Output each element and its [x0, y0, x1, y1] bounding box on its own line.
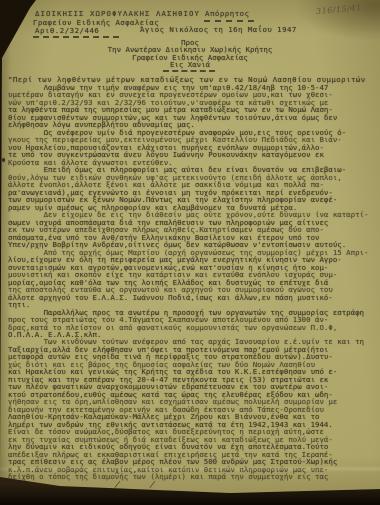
classification-label: Απόρρητος	[205, 10, 250, 18]
body-text: Λαμβάνω την τιμήν αναφέρων εις την υπ'αρ…	[8, 84, 378, 481]
body-line: δρας,κατά το πλείστον οι από φανατικούς …	[8, 324, 378, 331]
body-line: άλλοτε αρχηγού του Ε.Λ.Α.Σ. Ιωάννου Ποδι…	[8, 294, 378, 301]
body-line: άλλοτε ένοπλοι,άλλοτε ξένοι και άλλοτε μ…	[8, 181, 378, 188]
dashed-rule-under-ref	[33, 36, 119, 38]
recipient-line: Εις Χανιά	[85, 61, 295, 68]
place-and-date: Άγιος Νικόλαος τη 16η Μαΐου 1947	[140, 26, 297, 34]
org-title: ΔΙΟΙΚΗΣΙΣ ΧΩΡΟΦΥΛΑΚΗΣ ΛΑΣΗΘΙΟΥ	[35, 10, 200, 18]
body-line: μουνιστική και σκοπόν είχε την κατάρτισι…	[8, 271, 378, 278]
body-line: απέδειξαν πλήρως αι εκκαθαριστικαί επιχε…	[8, 451, 378, 458]
body-line: Των κινδύνων τούτων ανέφερον από τας αρχ…	[8, 338, 378, 345]
dashed-rule-under-classification	[204, 20, 254, 22]
paper-speck	[5, 44, 8, 47]
body-line: θίου εμφανισθέντων συμμοριτών,ως και των…	[8, 114, 378, 121]
body-line: Δεν είχομεν δε εις την διάθεσίν μας ούτε…	[8, 211, 378, 218]
paper-crease	[0, 466, 380, 472]
body-line: σπάσματα,ένα υπό τον Ανθ/στήν Ελληνικάκη…	[8, 234, 378, 241]
footer-mark: /	[114, 480, 122, 489]
paper-speck	[2, 158, 5, 162]
footer-marks: //	[115, 480, 155, 489]
body-line: νου Ηρακλείου,παρουσιάζονται ελάχιστοι π…	[8, 144, 378, 151]
dashed-rule-under-recipient	[163, 70, 215, 72]
reference-number: Αριθ.2/32/446	[35, 27, 99, 35]
body-line: Λασηθίου-Κρητσάν-Καλαμαύκαν-Μάλλες μέχρι…	[8, 413, 378, 420]
body-line: χώς διότι και εις βάρος της δημοσίας ασφ…	[8, 361, 378, 368]
recipient-block: Προς Την Ανωτέραν Διοίκησιν Χωρ)κής Κρήτ…	[85, 39, 295, 68]
document-paper: ΔΙΟΙΚΗΣΙΣ ΧΩΡΟΦΥΛΑΚΗΣ ΛΑΣΗΘΙΟΥ Γραφείον …	[0, 0, 380, 505]
body-line: Κρούστα και άλλοτε άγνωστοι εντεύθεν.	[8, 159, 378, 166]
body-line: Από της αρχής όμως Μαρτίου (αρχή οργανώσ…	[8, 249, 378, 256]
body-line: δείχθη ο τόπος της διαμονής των (λημέρι)…	[8, 473, 378, 480]
photo-background: ΔΙΟΙΚΗΣΙΣ ΧΩΡΟΦΥΛΑΚΗΣ ΛΑΣΗΘΙΟΥ Γραφείον …	[0, 0, 380, 505]
footer-mark: /	[148, 480, 156, 489]
body-line: νών υπ'αριθ.2/32/93 και 2/32/96 τοιούτων…	[8, 99, 378, 106]
body-line: των πλέον φανατικών αναρχοκομμουνιστών ε…	[8, 383, 378, 390]
